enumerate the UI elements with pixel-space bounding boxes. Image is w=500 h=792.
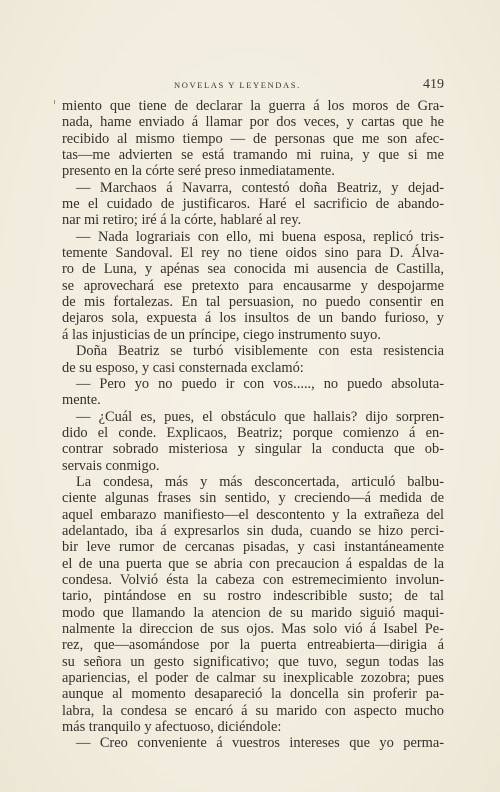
page-number: 419	[423, 77, 444, 93]
text-line: apariencias, el poder de calmar su inexp…	[62, 670, 444, 686]
text-line: contrar sobrado misteriosa y singular la…	[62, 441, 444, 457]
text-line: mente.	[62, 392, 444, 408]
text-line: adelantado, iba á expresarlos sin duda, …	[62, 523, 444, 539]
running-title: NOVELAS Y LEYENDAS.	[174, 80, 301, 90]
text-line: nada, hame enviado á llamar por dos vece…	[62, 114, 444, 130]
text-line: servais conmigo.	[62, 458, 444, 474]
text-line: — Pero yo no puedo ir con vos....., no p…	[62, 376, 444, 392]
text-line: ciente algunas frases sin sentido, y cre…	[62, 490, 444, 506]
text-line: miento que tiene de declarar la guerra á…	[62, 98, 444, 114]
text-line: — ¿Cuál es, pues, el obstáculo que halla…	[62, 409, 444, 425]
text-line: se aprovechará ese pretexto para encausa…	[62, 278, 444, 294]
text-line: dido el conde. Explicaos, Beatriz; porqu…	[62, 425, 444, 441]
text-line: — Marchaos á Navarra, contestó doña Beat…	[62, 180, 444, 196]
text-line: á las injusticias de un príncipe, ciego …	[62, 327, 444, 343]
text-line: tario, pintándose en su rostro indescrib…	[62, 588, 444, 604]
text-line: presento en la córte seré preso inmediat…	[62, 163, 444, 179]
text-line: tas—me advierten se está tramando mi rui…	[62, 147, 444, 163]
text-line: me el cuidado de justificaros. Haré el s…	[62, 196, 444, 212]
book-page: NOVELAS Y LEYENDAS. 419 miento que tiene…	[0, 0, 500, 792]
text-line: temente Sandoval. El rey no tiene oidos …	[62, 245, 444, 261]
text-line: aquel embarazo manifiesto—el descontento…	[62, 507, 444, 523]
text-line: labra, la condesa se encaró á su marido …	[62, 703, 444, 719]
text-line: ro de Luna, y apénas sea conocida mi aus…	[62, 261, 444, 277]
text-line: rez, que—asomándose por la puerta entrea…	[62, 637, 444, 653]
text-line: su señora un gesto significativo; que tu…	[62, 654, 444, 670]
text-line: Doña Beatriz se turbó visiblemente con e…	[62, 343, 444, 359]
text-line: La condesa, más y más desconcertada, art…	[62, 474, 444, 490]
text-line: de su esposo, y casi consternada exclamó…	[62, 360, 444, 376]
page-header: NOVELAS Y LEYENDAS. 419	[62, 78, 444, 94]
text-line: — Nada lograriais con ello, mi buena esp…	[62, 229, 444, 245]
text-line: de mis fortalezas. En tal persuasion, no…	[62, 294, 444, 310]
body-text: miento que tiene de declarar la guerra á…	[62, 98, 444, 752]
text-line: recibido al mismo tiempo — de personas q…	[62, 131, 444, 147]
text-line: más tranquilo y afectuoso, diciéndole:	[62, 719, 444, 735]
text-line: nalmente la direccion de sus ojos. Mas s…	[62, 621, 444, 637]
text-line: dejaros sola, expuesta á los insultos de…	[62, 310, 444, 326]
text-line: bir leve rumor de cercanas pisadas, y ca…	[62, 539, 444, 555]
text-line: aunque al momento desapareció la doncell…	[62, 686, 444, 702]
text-line: — Creo conveniente á vuestros intereses …	[62, 735, 444, 751]
paper-speck	[54, 100, 55, 104]
text-line: nar mi retiro; iré á la córte, hablaré a…	[62, 212, 444, 228]
text-line: condesa. Volvió ésta la cabeza con estre…	[62, 572, 444, 588]
text-line: el de una puerta que se abria con precau…	[62, 556, 444, 572]
text-line: modo que llamando la atencion de su mari…	[62, 605, 444, 621]
